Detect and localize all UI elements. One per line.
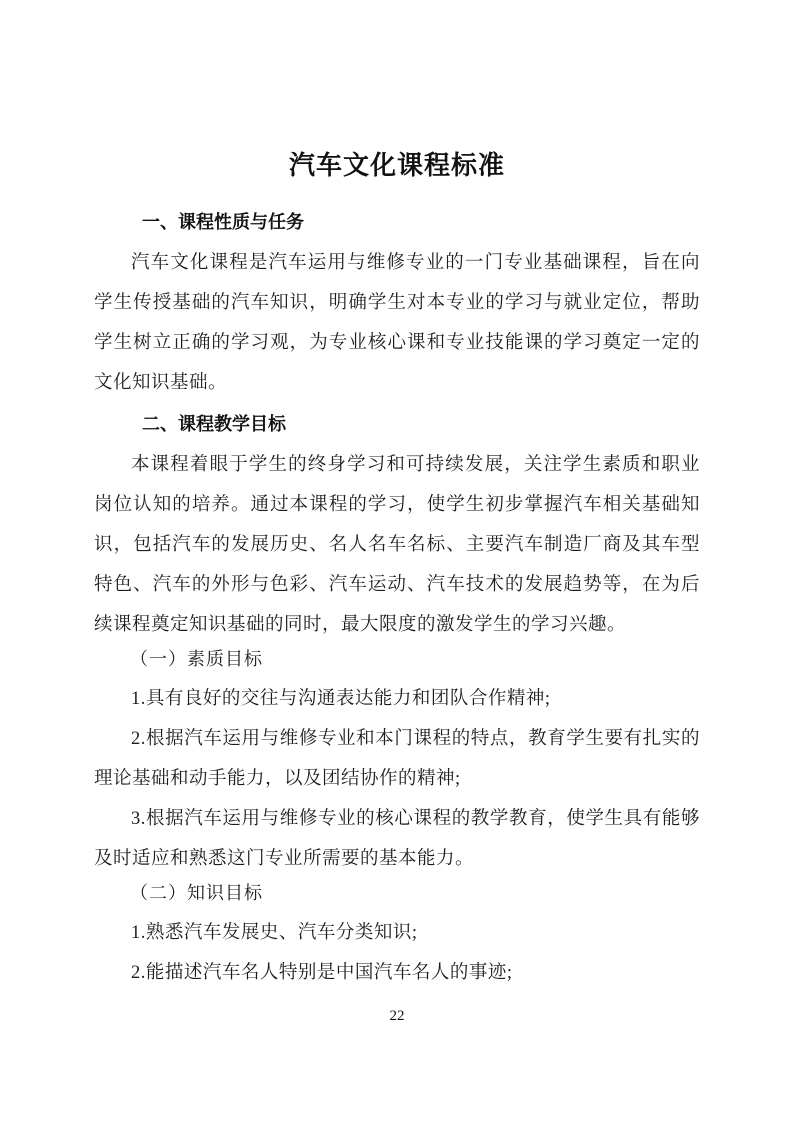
document-page: 汽车文化课程标准 一、课程性质与任务 汽车文化课程是汽车运用与维修专业的一门专业… — [0, 0, 794, 1122]
document-title: 汽车文化课程标准 — [94, 147, 700, 185]
quality-goal-item-1: 1.具有良好的交往与沟通表达能力和团队合作精神; — [94, 679, 700, 719]
section-heading-teaching-goals: 二、课程教学目标 — [94, 403, 700, 445]
paragraph-teaching-goals: 本课程着眼于学生的终身学习和可持续发展，关注学生素质和职业岗位认知的培养。通过本… — [94, 445, 700, 645]
subheading-quality-goals: （一）素质目标 — [94, 639, 700, 679]
quality-goal-item-3: 3.根据汽车运用与维修专业的核心课程的教学教育，使学生具有能够及时适应和熟悉这门… — [94, 799, 700, 879]
subheading-knowledge-goals: （二）知识目标 — [94, 873, 700, 913]
section-heading-course-nature: 一、课程性质与任务 — [94, 201, 700, 243]
knowledge-goal-item-1: 1.熟悉汽车发展史、汽车分类知识; — [94, 913, 700, 953]
page-number: 22 — [0, 1008, 794, 1025]
quality-goal-item-2: 2.根据汽车运用与维修专业和本门课程的特点，教育学生要有扎实的理论基础和动手能力… — [94, 719, 700, 799]
paragraph-course-nature: 汽车文化课程是汽车运用与维修专业的一门专业基础课程，旨在向学生传授基础的汽车知识… — [94, 243, 700, 403]
knowledge-goal-item-2: 2.能描述汽车名人特别是中国汽车名人的事迹; — [94, 953, 700, 993]
document-content: 汽车文化课程标准 一、课程性质与任务 汽车文化课程是汽车运用与维修专业的一门专业… — [0, 0, 794, 993]
